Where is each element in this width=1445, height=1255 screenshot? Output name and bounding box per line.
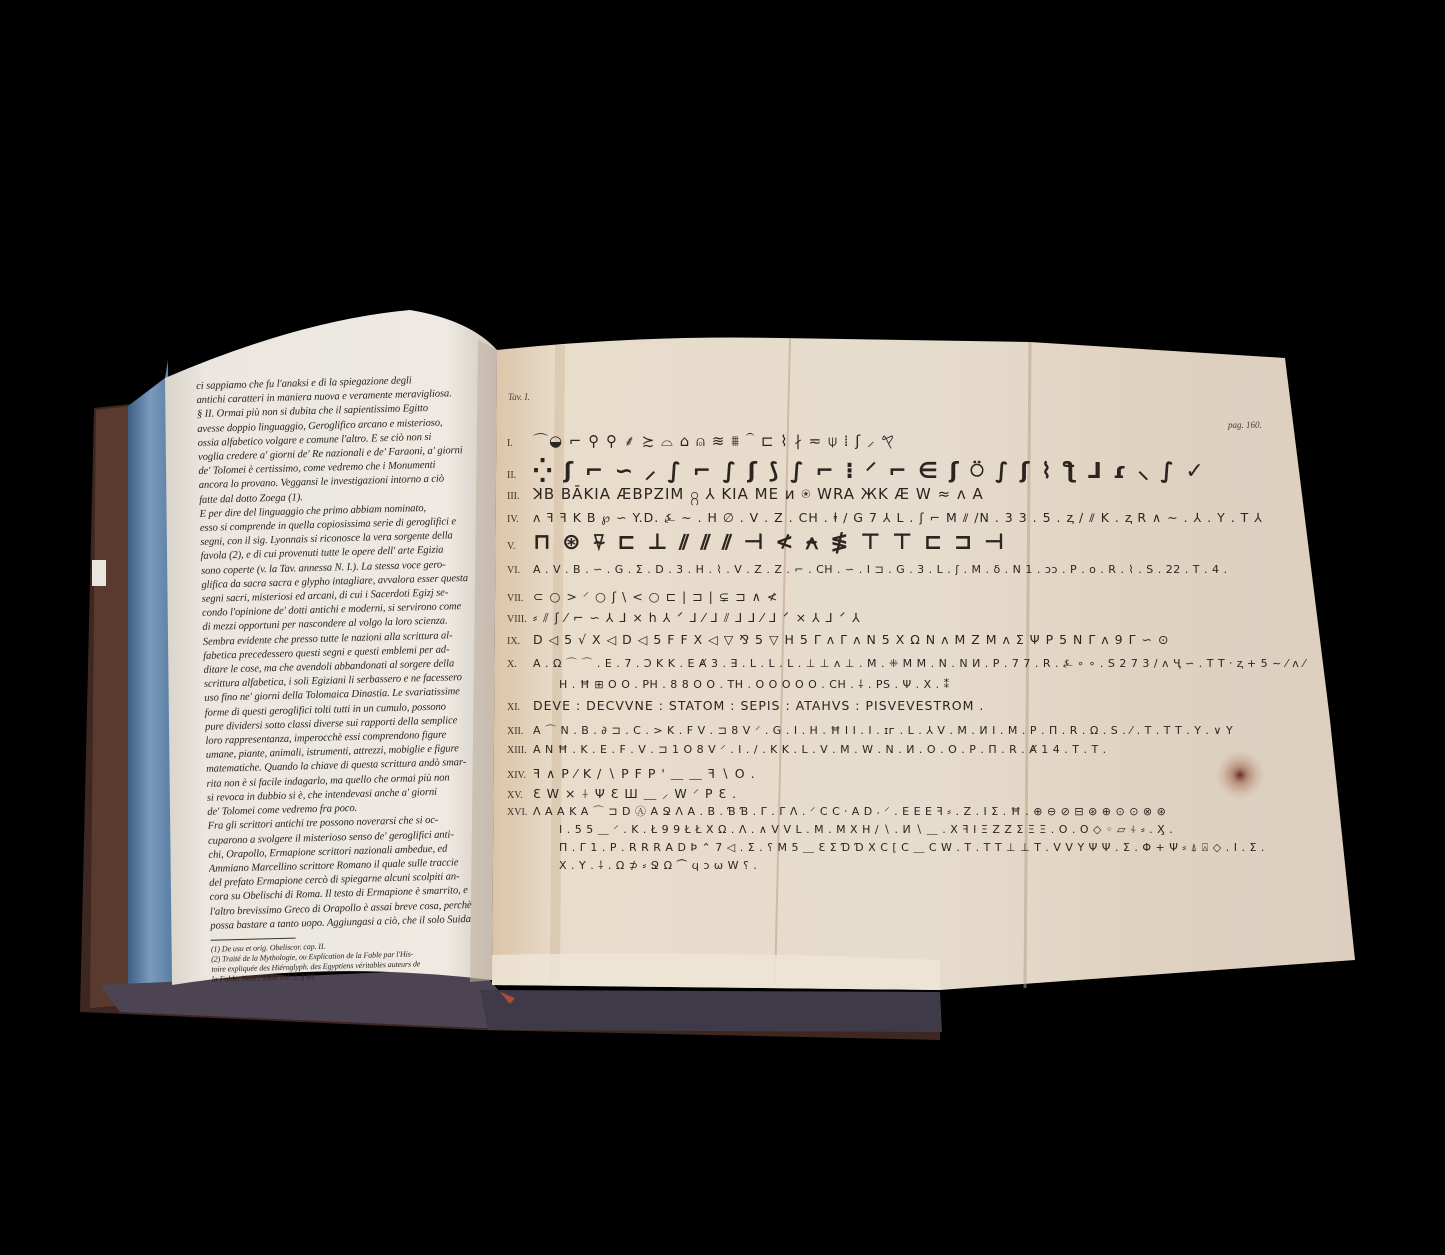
- script-row: XIV.ꟻ ∧ P ⁄ K ∕ ∖ P F P ' ⸏ ⸏ ꟻ ∖ O .: [507, 765, 756, 782]
- script-row: V.⊓ ⊛ ⍫ ⊏ ⊥ ⫽ ⫽ ⫽ ⊣ ≮ ⍲ ≸ ⊤ ⊤ ⊏ ⊐ ⊣: [507, 530, 1006, 555]
- script-row: Π . Γ 1 . P . R R R A D Þ ⌃ 7 ◁ . Σ . ⸮ …: [507, 840, 1265, 855]
- script-row: X.A . Ω ⌒ ⌒ . E . 7 . Ↄ K K . E Ⱥ 3 . ∃ …: [507, 655, 1306, 671]
- footnote-divider: [211, 938, 296, 941]
- page-edges-blue: [128, 360, 172, 990]
- row-numeral: VII.: [507, 593, 533, 604]
- left-page-text: ci sappiamo che fu l'anaksi e di la spie…: [196, 372, 507, 984]
- script-row: I.⌒◒ ⌐ ⚲ ⚲ ⸙ ≿ ⌓ ⌂ ⍝ ≋ ⩩ ⏜ ⊏ ⌇ ∤ ≂ ⍦ ⁞ ʃ…: [507, 430, 895, 451]
- script-row: XI.DEVE : DECVVNE : STATOM : SEPIS : ATA…: [507, 698, 984, 713]
- row-glyphs: A . Ω ⌒ ⌒ . E . 7 . Ↄ K K . E Ⱥ 3 . ∃ . …: [533, 655, 1306, 671]
- row-numeral: VI.: [507, 565, 533, 576]
- row-glyphs: A N Ħ . K . E . F . V . ⊐ 1 O 8 V ⸍ . I …: [533, 742, 1107, 757]
- script-row: XV.Ɛ W × ⍭ Ψ Ɛ Ш ⸏ ⸝ W ⸍ P Ɛ .: [507, 785, 737, 802]
- row-glyphs: Ɛ W × ⍭ Ψ Ɛ Ш ⸏ ⸝ W ⸍ P Ɛ .: [533, 785, 737, 802]
- script-row: VIII.⸗ ⫽ ʃ ⁄ ⌐ ∽ ⅄ ⅃ × h ⅄ ⸍ ⅃ ⁄ ⅃ ⫽ ⅃ ⅃…: [507, 610, 861, 626]
- row-glyphs: X . Y . ⸸ . Ω ⊅ ⸗ Ջ Ω ⏜ ϥ ɔ ω W ⸮ .: [533, 858, 757, 873]
- row-glyphs: Λ A A K A ⌒ ⊐ D Ⓐ A Ջ Λ A . B . Ɓ Ɓ . Γ …: [533, 803, 1166, 819]
- row-glyphs: ⸗ ⫽ ʃ ⁄ ⌐ ∽ ⅄ ⅃ × h ⅄ ⸍ ⅃ ⁄ ⅃ ⫽ ⅃ ⅃ ⁄ ⅃ …: [533, 610, 861, 626]
- row-numeral: X.: [507, 659, 533, 670]
- row-glyphs: ꓘB BĀKIA ÆBPZIM ႙ ⅄ KIA ME ᴎ ⍟ WRA ЖK Æ …: [533, 485, 984, 507]
- row-glyphs: DEVE : DECVVNE : STATOM : SEPIS : ATAHVS…: [533, 698, 984, 713]
- ink-stain: [1214, 749, 1266, 801]
- script-row: II.⁛ ʃ ⌐ ∽ ⸝ ∫ ⌐ ∫ ʃ ⟆ ∫ ⌐ ⁝ ⸍ ⌐ ∈ ʃ ⍥ ∫…: [507, 455, 1206, 485]
- script-row: IV.ᴧ ꟻ ꟻ K B ℘ ∽ Y.D. ⍼ ∼ . H ∅ . V . Z …: [507, 510, 1263, 526]
- row-numeral: III.: [507, 491, 533, 502]
- script-row: VI.A . V . B . ∽ . G . Σ . D . 3 . H . ⌇…: [507, 563, 1227, 576]
- plate-number-label: Tav. I.: [508, 392, 530, 402]
- script-row: H . Ħ ⊞ O O . PH . 8 8 O O . TH . O O O …: [507, 677, 950, 692]
- script-row: III.ꓘB BĀKIA ÆBPZIM ႙ ⅄ KIA ME ᴎ ⍟ WRA Ж…: [507, 485, 984, 507]
- row-glyphs: D ◁ 5 √ X ◁ D ◁ 5 F F X ◁ ▽ ⅋ 5 ▽ H 5 Γ …: [533, 632, 1169, 647]
- row-glyphs: A ⌒ N . B . ∂ ⊐ . C . > K . F V . ⊐ 8 V …: [533, 722, 1233, 738]
- script-row: I . 5 5 ⸏ ⸍ . K . Ł 9 9 Ł Ł X Ω . Λ . ∧ …: [507, 822, 1173, 837]
- row-numeral: XIV.: [507, 770, 533, 781]
- script-row: XII.A ⌒ N . B . ∂ ⊐ . C . > K . F V . ⊐ …: [507, 722, 1233, 738]
- row-glyphs: I . 5 5 ⸏ ⸍ . K . Ł 9 9 Ł Ł X Ω . Λ . ∧ …: [533, 822, 1173, 837]
- row-numeral: VIII.: [507, 614, 533, 625]
- photo-scene: ci sappiamo che fu l'anaksi e di la spie…: [0, 0, 1445, 1255]
- row-glyphs: ⁛ ʃ ⌐ ∽ ⸝ ∫ ⌐ ∫ ʃ ⟆ ∫ ⌐ ⁝ ⸍ ⌐ ∈ ʃ ⍥ ∫ ʃ …: [533, 455, 1206, 485]
- row-glyphs: A . V . B . ∽ . G . Σ . D . 3 . H . ⌇ . …: [533, 563, 1227, 576]
- script-row: X . Y . ⸸ . Ω ⊅ ⸗ Ջ Ω ⏜ ϥ ɔ ω W ⸮ .: [507, 858, 757, 873]
- row-numeral: XV.: [507, 790, 533, 801]
- row-glyphs: ⌒◒ ⌐ ⚲ ⚲ ⸙ ≿ ⌓ ⌂ ⍝ ≋ ⩩ ⏜ ⊏ ⌇ ∤ ≂ ⍦ ⁞ ʃ ⸝…: [533, 430, 895, 451]
- row-numeral: XIII.: [507, 745, 533, 756]
- script-row: XIII.A N Ħ . K . E . F . V . ⊐ 1 O 8 V ⸍…: [507, 742, 1107, 757]
- row-numeral: I.: [507, 438, 533, 449]
- script-row: VII.⊂ ○ > ⸍ ○ ʃ \ < ○ ⊏ | ⊐ | ⊊ ⊐ ∧ ≮: [507, 588, 778, 605]
- row-numeral: XII.: [507, 726, 533, 737]
- row-glyphs: ᴧ ꟻ ꟻ K B ℘ ∽ Y.D. ⍼ ∼ . H ∅ . V . Z . C…: [533, 510, 1263, 526]
- row-numeral: IV.: [507, 514, 533, 525]
- row-glyphs: ⊓ ⊛ ⍫ ⊏ ⊥ ⫽ ⫽ ⫽ ⊣ ≮ ⍲ ≸ ⊤ ⊤ ⊏ ⊐ ⊣: [533, 530, 1006, 555]
- plate-page-label: pag. 160.: [1228, 420, 1262, 430]
- row-numeral: V.: [507, 541, 533, 552]
- row-numeral: XI.: [507, 702, 533, 713]
- script-row: XVI.Λ A A K A ⌒ ⊐ D Ⓐ A Ջ Λ A . B . Ɓ Ɓ …: [507, 803, 1166, 819]
- row-glyphs: Π . Γ 1 . P . R R R A D Þ ⌃ 7 ◁ . Σ . ⸮ …: [533, 840, 1265, 855]
- row-glyphs: ⊂ ○ > ⸍ ○ ʃ \ < ○ ⊏ | ⊐ | ⊊ ⊐ ∧ ≮: [533, 588, 778, 605]
- row-numeral: II.: [507, 470, 533, 481]
- row-glyphs: H . Ħ ⊞ O O . PH . 8 8 O O . TH . O O O …: [533, 677, 950, 692]
- script-row: IX.D ◁ 5 √ X ◁ D ◁ 5 F F X ◁ ▽ ⅋ 5 ▽ H 5…: [507, 632, 1169, 647]
- row-glyphs: ꟻ ∧ P ⁄ K ∕ ∖ P F P ' ⸏ ⸏ ꟻ ∖ O .: [533, 765, 756, 782]
- row-numeral: IX.: [507, 636, 533, 647]
- footnotes: (1) De usu et orig. Obeliscor. cap. II. …: [211, 937, 507, 985]
- row-numeral: XVI.: [507, 807, 533, 818]
